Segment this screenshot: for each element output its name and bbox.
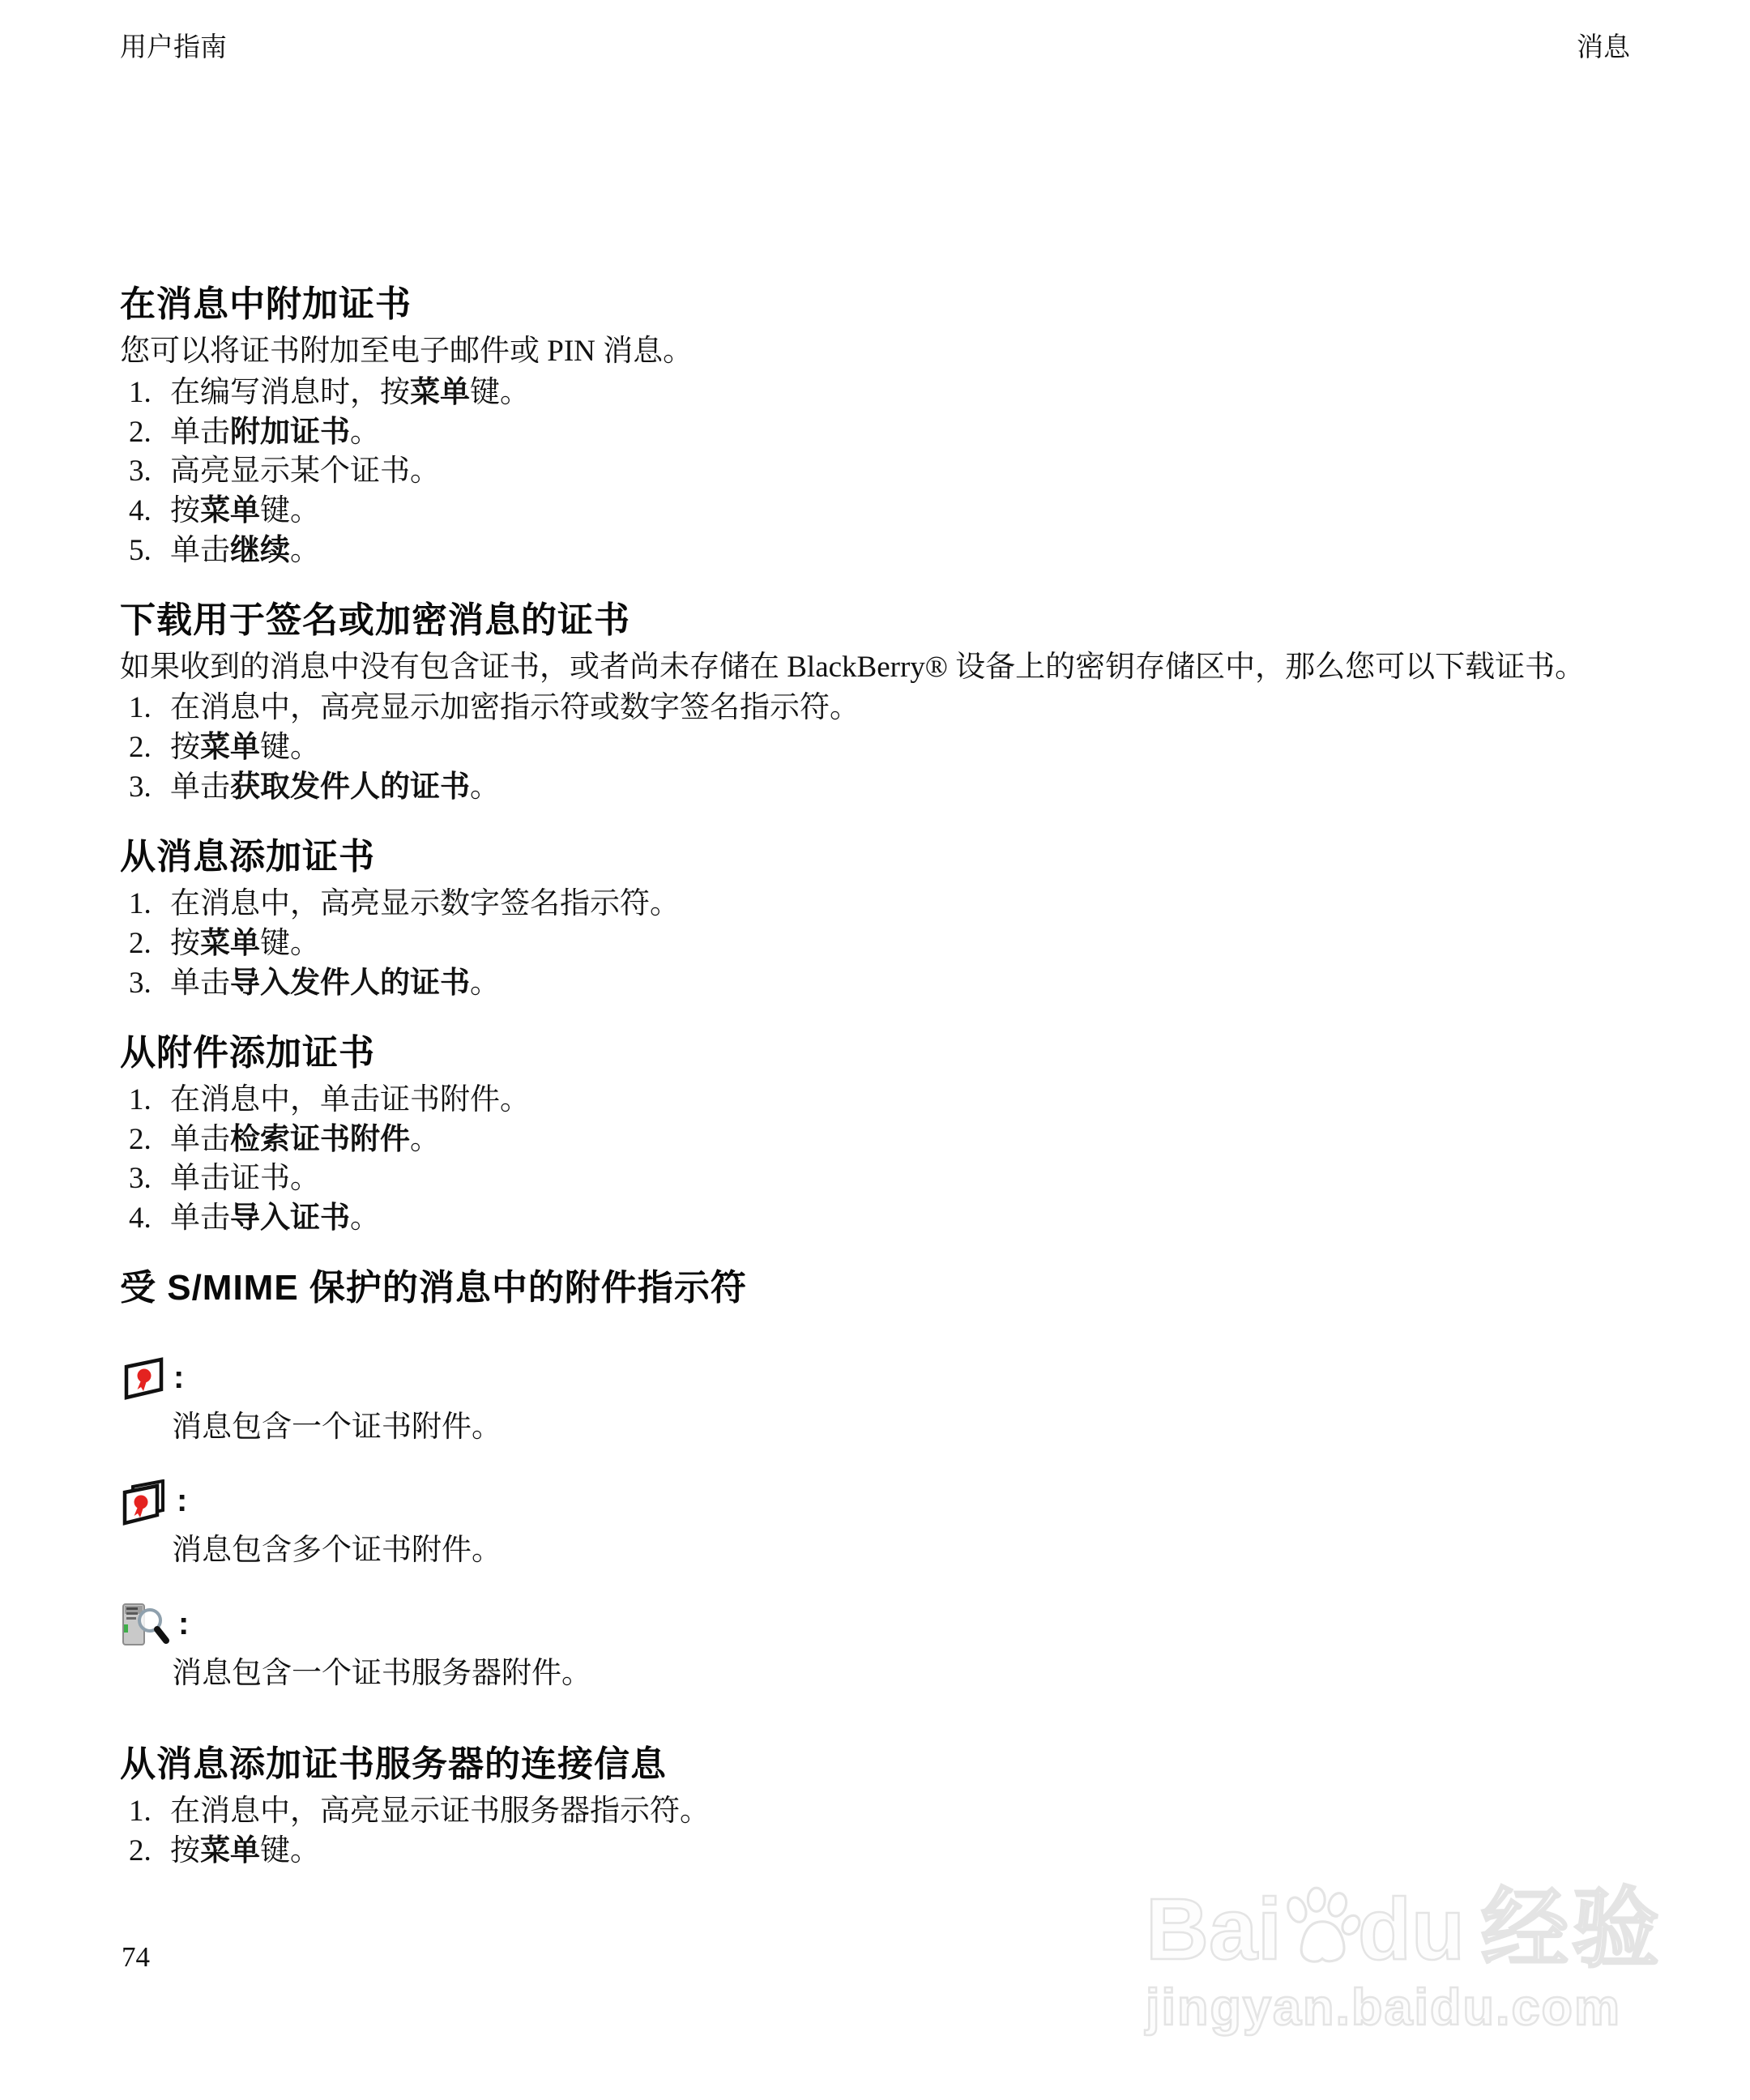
step-item: 高亮显示某个证书。 — [159, 452, 1630, 491]
indicator-single-certificate: : 消息包含一个证书附件。 — [120, 1356, 1630, 1445]
watermark-url: jingyan.baidu.com — [1146, 1981, 1662, 2034]
steps-list: 在编写消息时，按菜单键。单击附加证书。高亮显示某个证书。按菜单键。单击继续。 — [120, 373, 1630, 570]
section-intro: 您可以将证书附加至电子邮件或 PIN 消息。 — [120, 332, 1630, 371]
steps-list: 在消息中，高亮显示证书服务器指示符。按菜单键。 — [120, 1792, 1630, 1871]
step-item: 在消息中，单击证书附件。 — [159, 1081, 1630, 1120]
watermark-brand-prefix: Bai — [1146, 1889, 1282, 1970]
certificates-icon — [120, 1479, 170, 1528]
indicator-label: 消息包含多个证书附件。 — [172, 1533, 1630, 1569]
document-page: 用户指南 消息 在消息中附加证书 您可以将证书附加至电子邮件或 PIN 消息。 … — [0, 0, 1750, 2100]
indicator-colon: : — [178, 1607, 189, 1640]
header-doc-title: 用户指南 — [120, 31, 227, 65]
section-heading: 从消息添加证书服务器的连接信息 — [120, 1744, 1630, 1786]
steps-list: 在消息中，单击证书附件。单击检索证书附件。单击证书。单击导入证书。 — [120, 1081, 1630, 1238]
section-add-certificate-from-attachment: 从附件添加证书 在消息中，单击证书附件。单击检索证书附件。单击证书。单击导入证书… — [120, 1032, 1630, 1238]
indicator-colon: : — [173, 1361, 184, 1394]
step-item: 单击继续。 — [159, 531, 1630, 570]
page-content: 在消息中附加证书 您可以将证书附加至电子邮件或 PIN 消息。 在编写消息时，按… — [0, 284, 1750, 1871]
certificate-server-icon — [120, 1603, 172, 1651]
watermark-brand-suffix: du — [1358, 1889, 1465, 1970]
step-item: 按菜单键。 — [159, 1831, 1630, 1871]
step-item: 在消息中，高亮显示证书服务器指示符。 — [159, 1792, 1630, 1831]
section-intro: 如果收到的消息中没有包含证书，或者尚未存储在 BlackBerry® 设备上的密… — [120, 648, 1630, 687]
section-heading: 从附件添加证书 — [120, 1032, 1630, 1074]
section-add-certificate-from-message: 从消息添加证书 在消息中，高亮显示数字签名指示符。按菜单键。单击导入发件人的证书… — [120, 836, 1630, 1003]
step-item: 在编写消息时，按菜单键。 — [159, 373, 1630, 412]
running-header: 用户指南 消息 — [0, 0, 1750, 65]
section-add-server-connection-info: 从消息添加证书服务器的连接信息 在消息中，高亮显示证书服务器指示符。按菜单键。 — [120, 1744, 1630, 1871]
step-item: 单击证书。 — [159, 1159, 1630, 1198]
step-item: 单击导入发件人的证书。 — [159, 963, 1630, 1003]
step-item: 在消息中，高亮显示数字签名指示符。 — [159, 885, 1630, 924]
section-attach-certificate-in-message: 在消息中附加证书 您可以将证书附加至电子邮件或 PIN 消息。 在编写消息时，按… — [120, 284, 1630, 570]
indicator-certificate-server: : 消息包含一个证书服务器附件。 — [120, 1603, 1630, 1692]
step-item: 按菜单键。 — [159, 491, 1630, 531]
section-smime-attachment-indicators: 受 S/MIME 保护的消息中的附件指示符 : 消息包含一个证书附件。 — [120, 1267, 1630, 1692]
indicator-label: 消息包含一个证书服务器附件。 — [172, 1656, 1630, 1692]
indicator-label: 消息包含一个证书附件。 — [172, 1410, 1630, 1445]
step-item: 单击导入证书。 — [159, 1198, 1630, 1238]
header-chapter-title: 消息 — [1577, 31, 1630, 65]
section-heading: 从消息添加证书 — [120, 836, 1630, 878]
section-heading: 下载用于签名或加密消息的证书 — [120, 600, 1630, 642]
steps-list: 在消息中，高亮显示数字签名指示符。按菜单键。单击导入发件人的证书。 — [120, 885, 1630, 1003]
step-item: 按菜单键。 — [159, 924, 1630, 963]
step-item: 按菜单键。 — [159, 728, 1630, 767]
watermark-brand-cn: 经验 — [1481, 1889, 1662, 1970]
step-item: 单击获取发件人的证书。 — [159, 767, 1630, 807]
baidu-paw-icon — [1278, 1884, 1363, 1979]
step-item: 单击检索证书附件。 — [159, 1120, 1630, 1159]
section-download-certificate: 下载用于签名或加密消息的证书 如果收到的消息中没有包含证书，或者尚未存储在 Bl… — [120, 600, 1630, 807]
section-heading: 在消息中附加证书 — [120, 284, 1630, 326]
indicator-colon: : — [177, 1484, 187, 1517]
step-item: 单击附加证书。 — [159, 412, 1630, 452]
steps-list: 在消息中，高亮显示加密指示符或数字签名指示符。按菜单键。单击获取发件人的证书。 — [120, 689, 1630, 807]
step-item: 在消息中，高亮显示加密指示符或数字签名指示符。 — [159, 689, 1630, 728]
section-heading: 受 S/MIME 保护的消息中的附件指示符 — [120, 1267, 1630, 1309]
baidu-jingyan-watermark: Bai du 经验 jingyan.baidu.com — [1146, 1876, 1662, 2034]
indicator-multiple-certificates: : 消息包含多个证书附件。 — [120, 1479, 1630, 1569]
certificate-icon — [120, 1356, 167, 1403]
page-number: 74 — [122, 1941, 150, 1974]
